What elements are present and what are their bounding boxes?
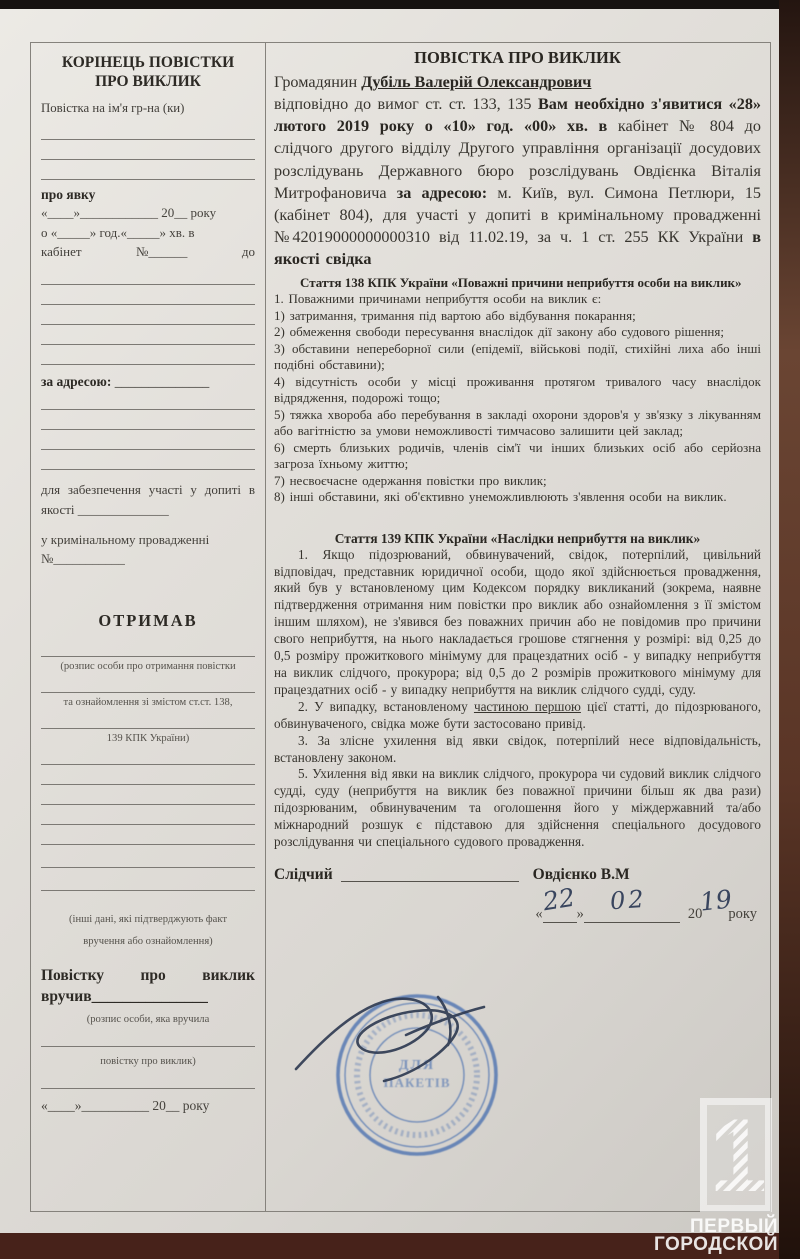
stub-receipt-note-2: та ознайомлення зі змістом ст.ст. 138, — [41, 696, 255, 709]
intro-seg-4-bold: за адресою: — [397, 184, 498, 202]
date-line: «22»022019року — [274, 906, 761, 923]
stub-other-note-2: вручення або ознайомлення) — [41, 935, 255, 949]
summons-column: ПОВІСТКА ПРО ВИКЛИК Громадянин Дубіль Ва… — [266, 43, 770, 1211]
stub-title-line2: ПРО ВИКЛИК — [41, 72, 255, 91]
blank-line — [41, 868, 255, 891]
watermark-digit-box: 1 — [700, 1098, 772, 1212]
blank-line — [41, 637, 255, 657]
article-138-item: 8) інші обставини, які об'єктивно унемож… — [274, 489, 761, 506]
watermark-digit: 1 — [709, 1105, 765, 1205]
investigator-label: Слідчий — [274, 866, 333, 884]
signature-blank-line — [341, 865, 519, 882]
intro-seg-1: відповідно до вимог ст. ст. 133, 135 — [274, 95, 538, 113]
blank-line — [41, 845, 255, 868]
blank-line — [41, 305, 255, 325]
date-quote-close: » — [577, 906, 584, 923]
stub-cabinet-no: №______ — [136, 242, 187, 262]
article-139-p5: 5. Ухилення від явки на виклик слідчого,… — [274, 766, 761, 851]
summons-table: КОРІНЕЦЬ ПОВІСТКИ ПРО ВИКЛИК Повістка на… — [30, 42, 771, 1212]
article-139-p2: 2. У випадку, встановленому частиною пер… — [274, 699, 761, 733]
blank-line — [41, 410, 255, 430]
stub-column: КОРІНЕЦЬ ПОВІСТКИ ПРО ВИКЛИК Повістка на… — [31, 43, 266, 1211]
blank-line — [41, 285, 255, 305]
stub-receipt-note-1: (розпис особи про отримання повістки — [41, 660, 255, 673]
stub-address-word: за адресою: — [41, 374, 111, 389]
stub-purpose-line: для забезпечення участі у допиті в якост… — [41, 480, 255, 520]
photo-edge-right — [779, 0, 800, 1259]
date-day-blank: 22 — [543, 907, 577, 923]
article-138-item: 5) тяжка хвороба або перебування в закла… — [274, 407, 761, 440]
stub-served-line: Повістку про виклик вручив______________… — [41, 965, 255, 1007]
stub-title-line1: КОРІНЕЦЬ ПОВІСТКИ — [41, 53, 255, 72]
photo-edge-top — [0, 0, 800, 9]
stub-cabinet-template: кабінет №______ до — [41, 242, 255, 262]
watermark-logo: 1 ПЕРВЫЙ ГОРОДСКОЙ — [654, 1098, 778, 1253]
handwritten-day: 22 — [541, 883, 577, 917]
article-138-item: 1. Поважними причинами неприбуття особи … — [274, 291, 761, 308]
blank-line — [41, 262, 255, 285]
watermark-text-line1: ПЕРВЫЙ — [654, 1218, 778, 1236]
stub-receipt-note-3: 139 КПК України) — [41, 732, 255, 745]
stub-address-blank: ______________ — [111, 374, 209, 389]
stub-time-template: о «_____» год.«_____» хв. в — [41, 223, 255, 243]
summons-title: ПОВІСТКА ПРО ВИКЛИК — [274, 48, 761, 68]
investigator-name: Овдієнко В.М — [533, 866, 630, 884]
stub-server-note-2: повістку про виклик) — [41, 1055, 255, 1069]
blank-line — [41, 117, 255, 140]
watermark-text-line2: ГОРОДСКОЙ — [654, 1236, 778, 1254]
article-138-item: 3) обставини непереборної сили (епідемії… — [274, 341, 761, 374]
article-138-item: 4) відсутність особи у місці проживання … — [274, 374, 761, 407]
blank-line — [41, 430, 255, 450]
stub-cabinet-to: до — [242, 242, 255, 262]
stub-proceeding-line: у кримінальному провадженні — [41, 530, 255, 550]
p2-seg-a: 2. У випадку, встановленому — [298, 699, 474, 714]
blank-line — [41, 765, 255, 785]
document-photo: КОРІНЕЦЬ ПОВІСТКИ ПРО ВИКЛИК Повістка на… — [0, 0, 800, 1259]
date-month-blank: 02 — [584, 907, 680, 923]
stub-received-title: ОТРИМАВ — [41, 611, 255, 631]
blank-line — [41, 709, 255, 729]
article-139-p3: 3. За злісне ухилення від явки свідок, п… — [274, 733, 761, 767]
blank-line — [41, 825, 255, 845]
blank-line — [41, 745, 255, 765]
citizen-label: Громадянин — [274, 73, 361, 91]
article-138-item: 7) несвоєчасне одержання повістки про ви… — [274, 473, 761, 490]
blank-line — [41, 345, 255, 365]
blank-line — [41, 1069, 255, 1089]
article-138-item: 1) затримання, тримання під вартою або в… — [274, 308, 761, 325]
stub-title: КОРІНЕЦЬ ПОВІСТКИ ПРО ВИКЛИК — [41, 53, 255, 91]
striped-one-icon: 1 — [707, 1105, 765, 1205]
blank-line — [41, 673, 255, 693]
article-139-heading: Стаття 139 КПК України «Наслідки неприбу… — [274, 530, 761, 547]
blank-line — [41, 805, 255, 825]
article-138-heading: Стаття 138 КПК України «Поважні причини … — [274, 275, 761, 292]
blank-line — [41, 160, 255, 180]
blank-line — [41, 450, 255, 470]
citizen-line: Громадянин Дубіль Валерій Олександрович — [274, 71, 761, 93]
stub-name-line: Повістка на ім'я гр-на (ки) — [41, 99, 255, 117]
blank-line — [41, 390, 255, 410]
handwritten-year: 19 — [699, 884, 734, 916]
article-138-item: 2) обмеження свободи пересування внаслід… — [274, 324, 761, 341]
blank-line — [41, 325, 255, 345]
stub-server-note-1: (розпис особи, яка вручила — [41, 1013, 255, 1027]
blank-line — [41, 1027, 255, 1047]
stub-proceeding-no: №___________ — [41, 549, 255, 569]
blank-line — [41, 785, 255, 805]
stub-bottom-date: «____»__________ 20__ року — [41, 1098, 255, 1114]
stub-other-note-1: (інші дані, які підтверджують факт — [41, 913, 255, 927]
article-138-item: 6) смерть близьких родичів, членів сім'ї… — [274, 440, 761, 473]
stub-date-template: «____»____________ 20__ року — [41, 203, 255, 223]
blank-line — [41, 140, 255, 160]
date-year-blank: 19 — [702, 908, 728, 923]
stub-appear-label: про явку — [41, 187, 255, 203]
investigator-line: Слідчий Овдієнко В.М — [274, 865, 761, 884]
article-139-p1: 1. Якщо підозрюваний, обвинувачений, сві… — [274, 547, 761, 699]
summons-intro-paragraph: відповідно до вимог ст. ст. 133, 135 Вам… — [274, 93, 761, 271]
date-quote-open: « — [535, 906, 542, 923]
stub-cabinet-word: кабінет — [41, 242, 82, 262]
watermark-text: ПЕРВЫЙ ГОРОДСКОЙ — [654, 1218, 778, 1253]
handwritten-month: 02 — [609, 885, 647, 915]
stub-address-label: за адресою: ______________ — [41, 374, 255, 390]
citizen-name: Дубіль Валерій Олександрович — [361, 73, 591, 91]
p2-underlined: частиною першою — [474, 699, 581, 714]
